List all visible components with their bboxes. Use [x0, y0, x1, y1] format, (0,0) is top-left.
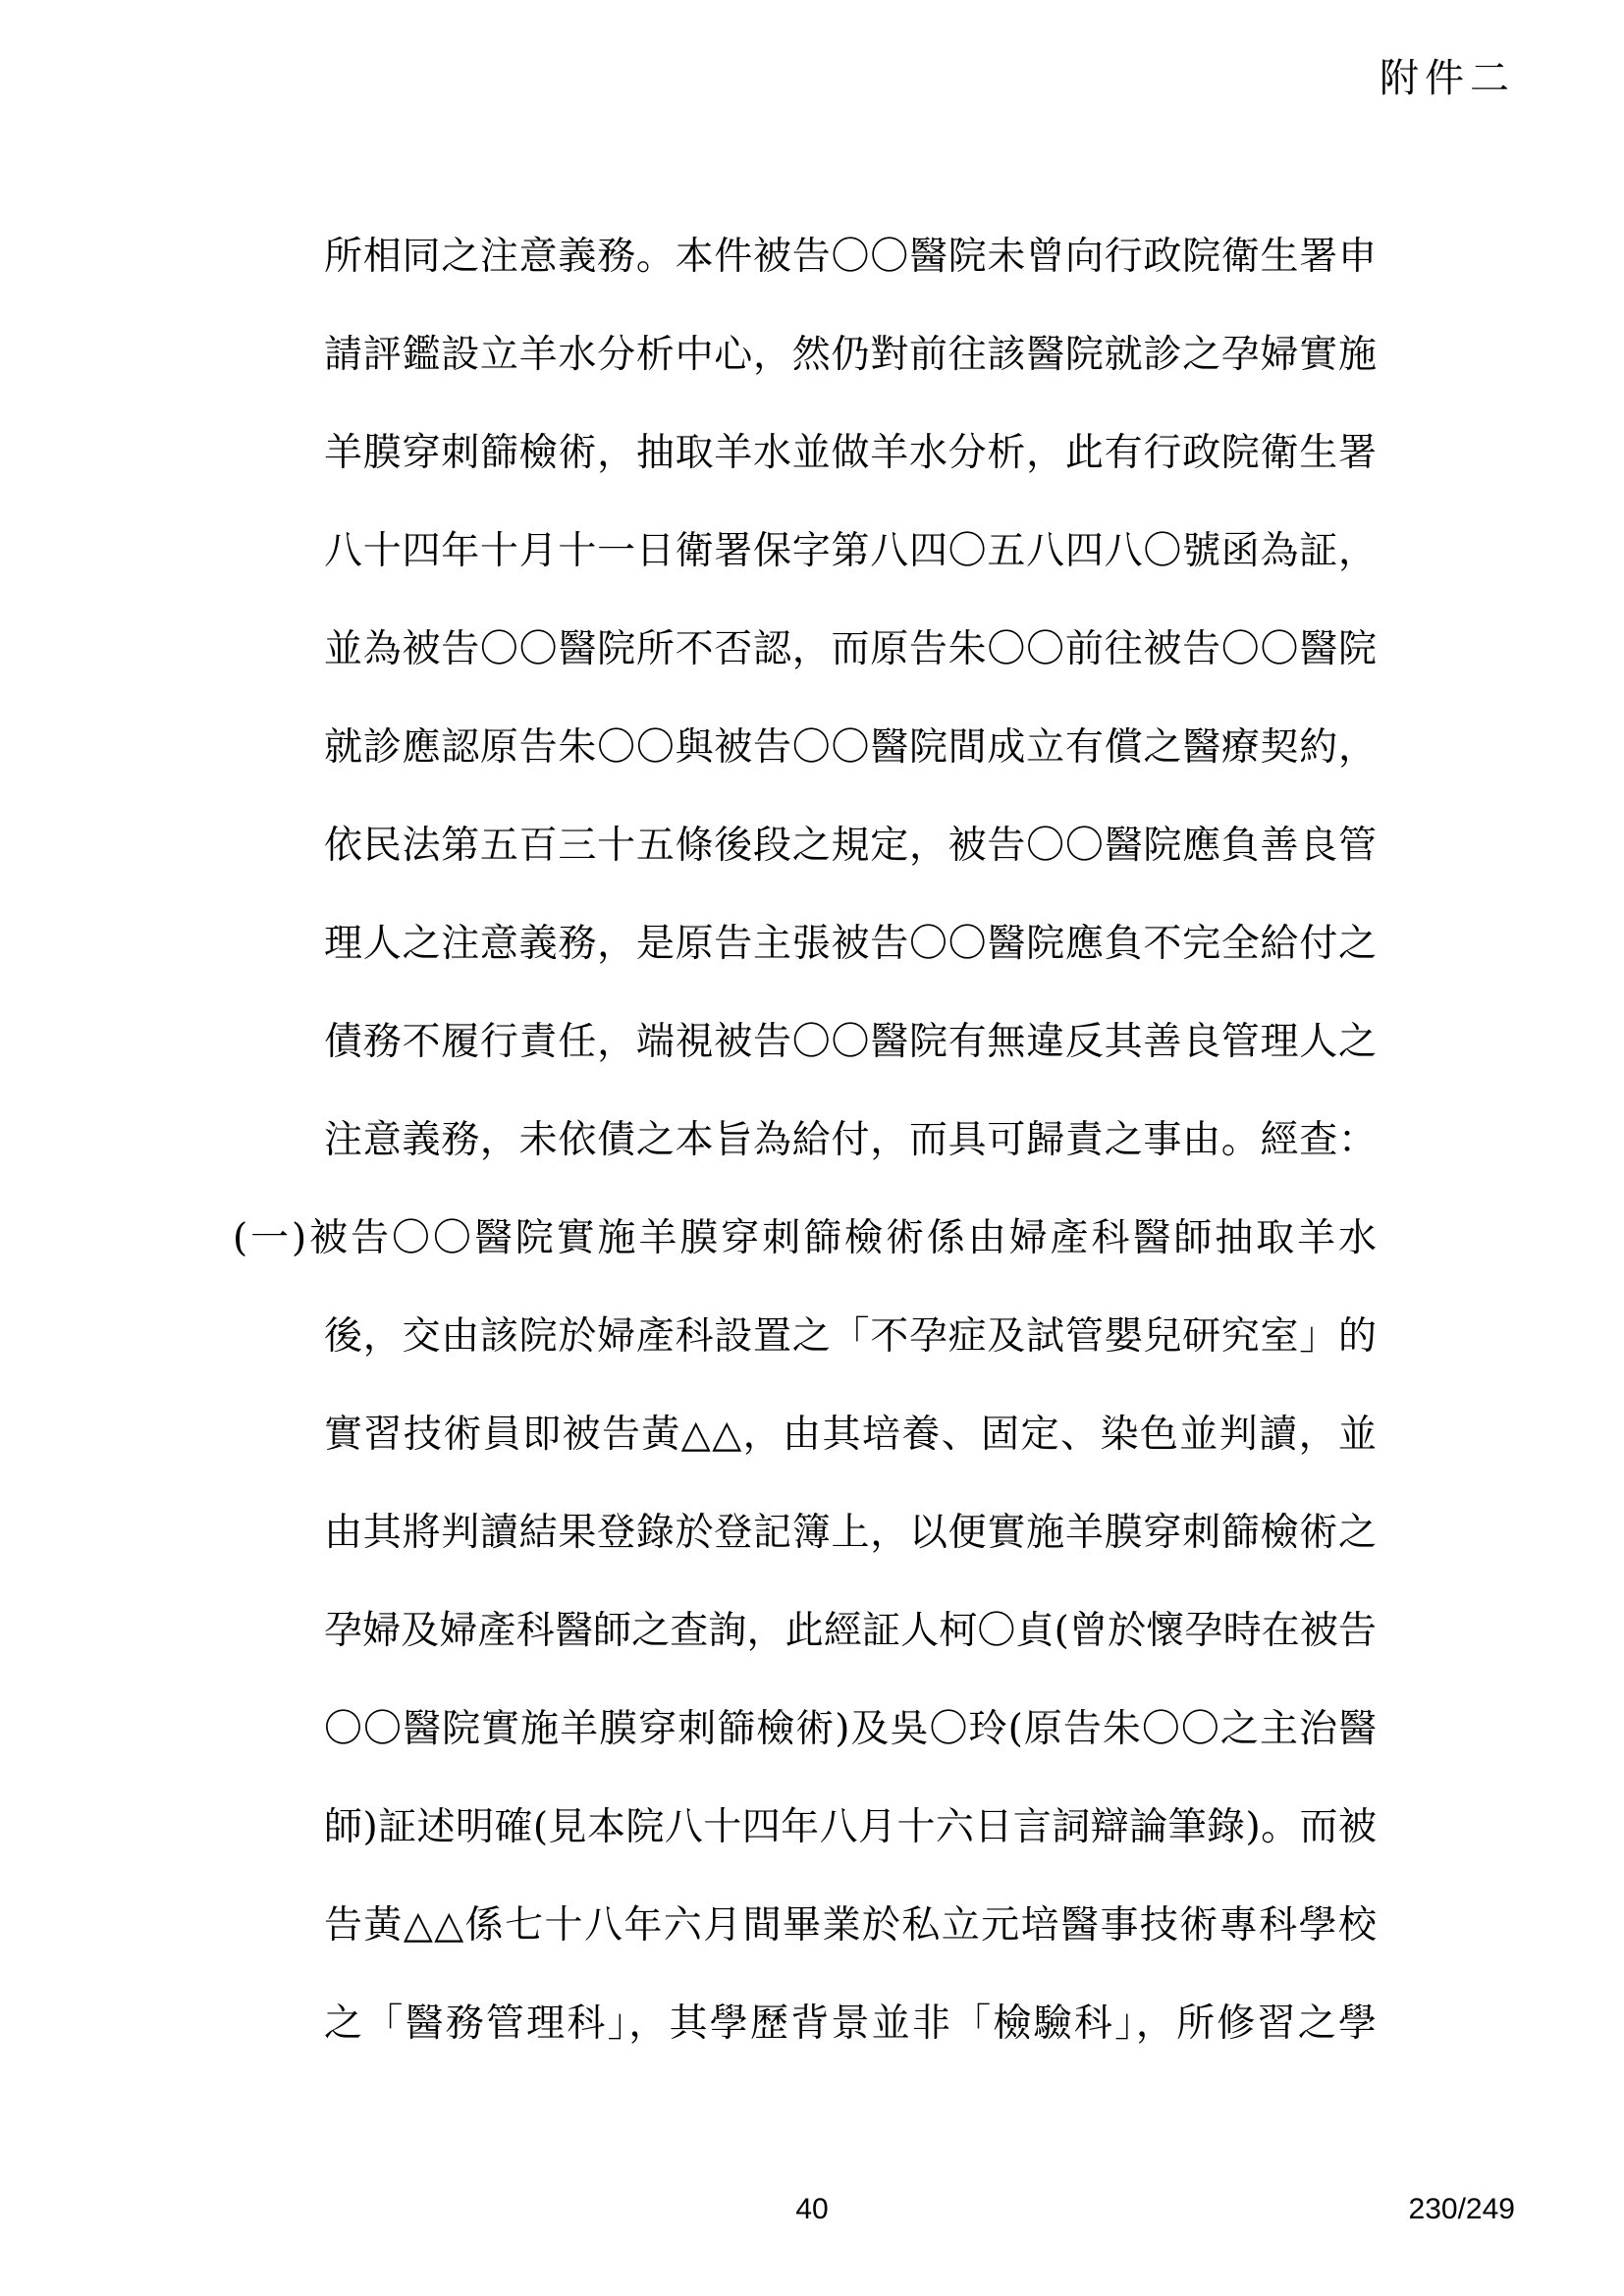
attachment-label: 附件二: [1380, 47, 1515, 103]
text-line: 債務不履行責任，端視被告〇〇醫院有無違反其善良管理人之: [324, 993, 1377, 1092]
text-line: 〇〇醫院實施羊膜穿刺篩檢術)及吳〇玲(原告朱〇〇之主治醫: [324, 1681, 1377, 1779]
text-line: 注意義務，未依債之本旨為給付，而具可歸責之事由。經查：: [324, 1092, 1377, 1190]
text-line: 就診應認原告朱〇〇與被告〇〇醫院間成立有償之醫療契約，: [324, 699, 1377, 797]
text-line: 依民法第五百三十五條後段之規定，被告〇〇醫院應負善良管: [324, 797, 1377, 895]
text-line: 之「醫務管理科」，其學歷背景並非「檢驗科」，所修習之學: [324, 1975, 1377, 2073]
text-line: 師)証述明確(見本院八十四年八月十六日言詞辯論筆錄)。而被: [324, 1779, 1377, 1877]
document-body: 所相同之注意義務。本件被告〇〇醫院未曾向行政院衛生署申 請評鑑設立羊水分析中心，…: [0, 208, 1624, 2073]
text-line: 告黃△△係七十八年六月間畢業於私立元培醫事技術專科學校: [324, 1877, 1377, 1975]
page-footer: 40 230/249: [0, 2193, 1624, 2236]
text-line: 請評鑑設立羊水分析中心，然仍對前往該醫院就診之孕婦實施: [324, 306, 1377, 404]
document-page: 附件二 所相同之注意義務。本件被告〇〇醫院未曾向行政院衛生署申 請評鑑設立羊水分…: [0, 0, 1624, 2296]
text-line: 並為被告〇〇醫院所不否認，而原告朱〇〇前往被告〇〇醫院: [324, 601, 1377, 699]
text-line-list-item: (一)被告〇〇醫院實施羊膜穿刺篩檢術係由婦產科醫師抽取羊水: [233, 1190, 1377, 1288]
text-line: 羊膜穿刺篩檢術，抽取羊水並做羊水分析，此有行政院衛生署: [324, 404, 1377, 503]
text-line: 所相同之注意義務。本件被告〇〇醫院未曾向行政院衛生署申: [324, 208, 1377, 306]
text-line: 由其將判讀結果登錄於登記簿上，以便實施羊膜穿刺篩檢術之: [324, 1484, 1377, 1582]
text-line: 八十四年十月十一日衛署保字第八四〇五八四八〇號函為証，: [324, 503, 1377, 601]
sheet-number: 230/249: [1409, 2193, 1515, 2226]
text-line: 理人之注意義務，是原告主張被告〇〇醫院應負不完全給付之: [324, 895, 1377, 993]
text-line: 後，交由該院於婦產科設置之「不孕症及試管嬰兒研究室」的: [324, 1288, 1377, 1386]
page-number: 40: [795, 2193, 828, 2226]
text-line: 孕婦及婦產科醫師之查詢，此經証人柯〇貞(曾於懷孕時在被告: [324, 1582, 1377, 1681]
text-line: 實習技術員即被告黃△△，由其培養、固定、染色並判讀，並: [324, 1386, 1377, 1484]
